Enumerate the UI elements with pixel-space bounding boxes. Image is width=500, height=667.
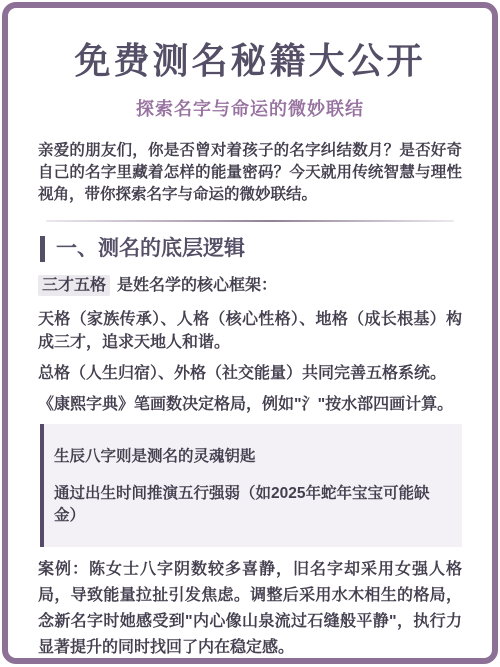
poster-frame: 免费测名秘籍大公开 探索名字与命运的微妙联结 亲爱的朋友们，你是否曾对着孩子的名… bbox=[2, 2, 498, 664]
framework-line: 三才五格是姓名学的核心框架： bbox=[38, 275, 462, 297]
highlight-term-sancaiwuge: 三才五格 bbox=[38, 275, 110, 296]
page-subtitle: 探索名字与命运的微妙联结 bbox=[38, 98, 462, 120]
page-title: 免费测名秘籍大公开 bbox=[38, 38, 462, 84]
paragraph-sancai: 天格（家族传承）、人格（核心性格）、地格（成长根基）构成三才，追求天地人和谐。 bbox=[38, 308, 462, 354]
paragraph-kangxi: 《康熙字典》笔画数决定格局，例如"氵"按水部四画计算。 bbox=[38, 393, 462, 416]
callout-line-wuxing: 通过出生时间推演五行强弱（如2025年蛇年宝宝可能缺金） bbox=[54, 483, 448, 527]
intro-paragraph: 亲爱的朋友们，你是否曾对着孩子的名字纠结数月？是否好奇自己的名字里藏着怎样的能量… bbox=[38, 140, 462, 206]
section-divider bbox=[46, 220, 454, 222]
framework-line-text: 是姓名学的核心框架： bbox=[117, 277, 277, 294]
section-heading-logic: 一、测名的底层逻辑 bbox=[40, 236, 462, 262]
poster-content: 免费测名秘籍大公开 探索名字与命运的微妙联结 亲爱的朋友们，你是否曾对着孩子的名… bbox=[8, 8, 492, 661]
bazi-callout: 生辰八字则是测名的灵魂钥匙 通过出生时间推演五行强弱（如2025年蛇年宝宝可能缺… bbox=[40, 424, 462, 547]
paragraph-wuge: 总格（人生归宿）、外格（社交能量）共同完善五格系统。 bbox=[38, 362, 462, 385]
case-study-paragraph: 案例：陈女士八字阴数较多喜静，旧名字却采用女强人格局，导致能量拉扯引发焦虑。调整… bbox=[38, 557, 462, 661]
callout-line-soul-key: 生辰八字则是测名的灵魂钥匙 bbox=[54, 446, 448, 468]
